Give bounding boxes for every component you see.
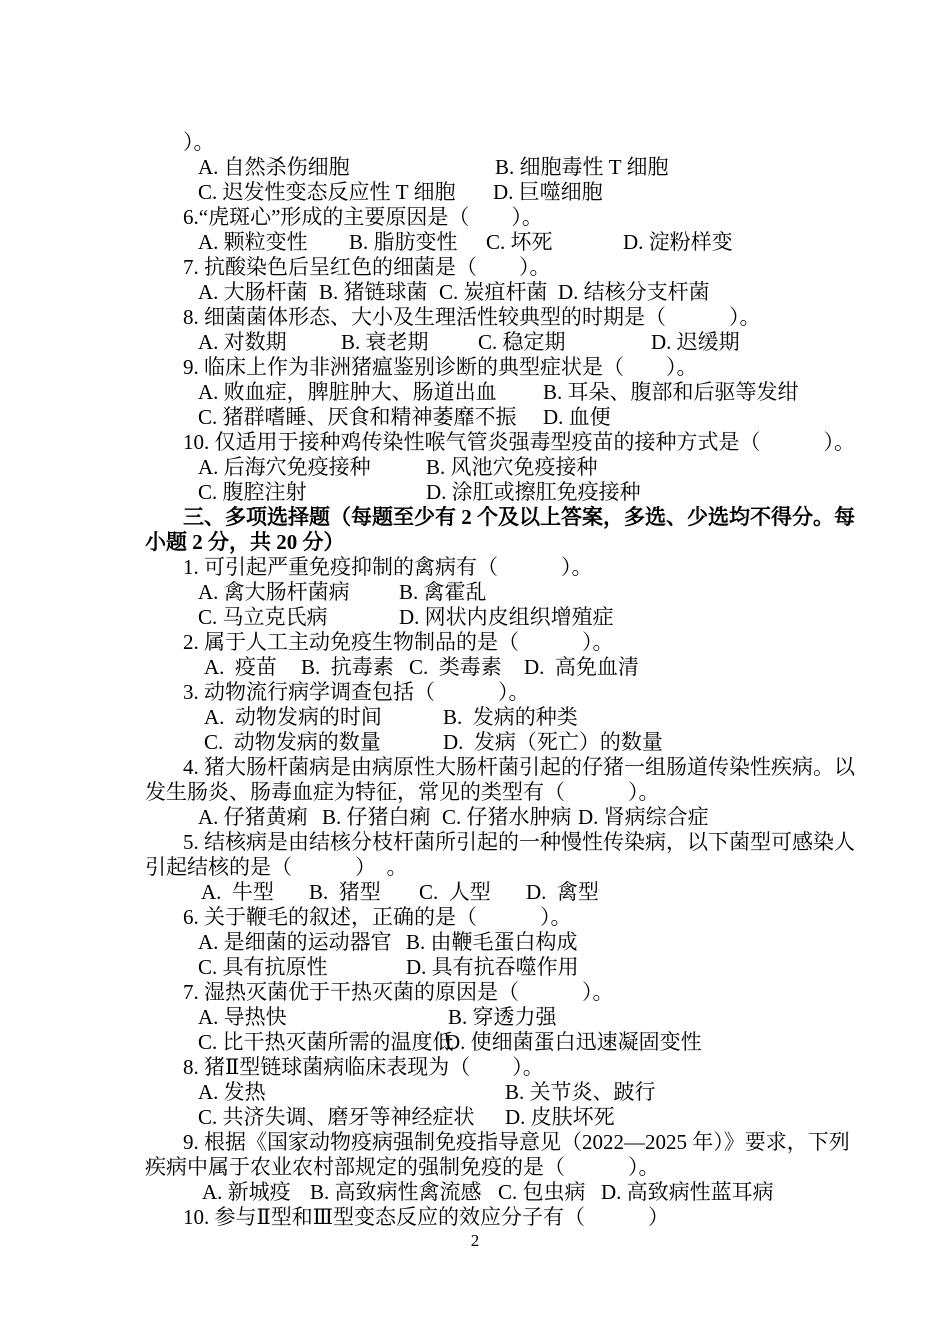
text-segment: C. 包虫病 bbox=[498, 1180, 586, 1205]
text-segment: B. 细胞毒性 T 细胞 bbox=[495, 155, 668, 180]
text-line: 8. 细菌菌体形态、大小及生理活性较典型的时期是（ ）。 bbox=[0, 305, 950, 330]
text-segment: C. 人型 bbox=[419, 880, 491, 905]
text-line: ）。 bbox=[0, 130, 950, 155]
text-segment: B. 风池穴免疫接种 bbox=[426, 455, 598, 480]
text-segment: B. 发病的种类 bbox=[443, 705, 578, 730]
page-number: 2 bbox=[0, 1231, 950, 1251]
text-segment: C. 类毒素 bbox=[409, 655, 502, 680]
text-line: A. 新城疫B. 高致病性禽流感C. 包虫病D. 高致病性蓝耳病 bbox=[0, 1180, 950, 1205]
text-segment: C. 具有抗原性 bbox=[198, 955, 328, 980]
text-segment: D. 迟缓期 bbox=[651, 330, 740, 355]
text-line: A. 发热B. 关节炎、跛行 bbox=[0, 1080, 950, 1105]
text-segment: 8. 细菌菌体形态、大小及生理活性较典型的时期是（ ）。 bbox=[183, 305, 761, 330]
text-line: C. 马立克氏病D. 网状内皮组织增殖症 bbox=[0, 605, 950, 630]
text-segment: B. 猪链球菌 bbox=[319, 280, 428, 305]
text-segment: 10. 参与Ⅱ型和Ⅲ型变态反应的效应分子有（ ） bbox=[183, 1205, 669, 1230]
text-segment: B. 猪型 bbox=[309, 880, 381, 905]
text-segment: A. 疫苗 bbox=[204, 655, 277, 680]
text-segment: A. 自然杀伤细胞 bbox=[198, 155, 350, 180]
text-line: 8. 猪Ⅱ型链球菌病临床表现为（ ）。 bbox=[0, 1055, 950, 1080]
text-segment: A. 败血症，脾脏肿大、肠道出血 bbox=[198, 380, 497, 405]
text-segment: D. 血便 bbox=[543, 405, 611, 430]
text-line: A. 牛型B. 猪型C. 人型D. 禽型 bbox=[0, 880, 950, 905]
text-line: 4. 猪大肠杆菌病是由病原性大肠杆菌引起的仔猪一组肠道传染性疾病。以 bbox=[0, 755, 950, 780]
text-line: A. 仔猪黄痢B. 仔猪白痢C. 仔猪水肿病D. 肾病综合症 bbox=[0, 805, 950, 830]
text-segment: D. 淀粉样变 bbox=[623, 230, 733, 255]
text-segment: 6. 关于鞭毛的叙述，正确的是（ ）。 bbox=[183, 905, 572, 930]
text-line: 10. 仅适用于接种鸡传染性喉气管炎强毒型疫苗的接种方式是（ ）。 bbox=[0, 430, 950, 455]
text-line: 发生肠炎、肠毒血症为特征，常见的类型有（ ）。 bbox=[0, 780, 950, 805]
text-line: C. 动物发病的数量D. 发病（死亡）的数量 bbox=[0, 730, 950, 755]
text-segment: A. 对数期 bbox=[198, 330, 287, 355]
text-line: A. 后海穴免疫接种B. 风池穴免疫接种 bbox=[0, 455, 950, 480]
text-segment: 疾病中属于农业农村部规定的强制免疫的是（ ）。 bbox=[145, 1155, 660, 1180]
text-segment: B. 由鞭毛蛋白构成 bbox=[406, 930, 578, 955]
text-line: 疾病中属于农业农村部规定的强制免疫的是（ ）。 bbox=[0, 1155, 950, 1180]
text-segment: A. 新城疫 bbox=[202, 1180, 291, 1205]
text-segment: D. 肾病综合症 bbox=[578, 805, 709, 830]
text-segment: D. 巨噬细胞 bbox=[493, 180, 603, 205]
text-segment: C. 马立克氏病 bbox=[198, 605, 328, 630]
text-line: 3. 动物流行病学调查包括（ ）。 bbox=[0, 680, 950, 705]
text-line: 5. 结核病是由结核分枝杆菌所引起的一种慢性传染病，以下菌型可感染人 bbox=[0, 830, 950, 855]
text-segment: 10. 仅适用于接种鸡传染性喉气管炎强毒型疫苗的接种方式是（ ）。 bbox=[183, 430, 855, 455]
text-segment: B. 耳朵、腹部和后驱等发绀 bbox=[543, 380, 799, 405]
text-line: 10. 参与Ⅱ型和Ⅲ型变态反应的效应分子有（ ） bbox=[0, 1205, 950, 1230]
text-segment: D. 皮肤坏死 bbox=[505, 1105, 615, 1130]
text-segment: B. 高致病性禽流感 bbox=[310, 1180, 482, 1205]
text-segment: A. 导热快 bbox=[198, 1005, 287, 1030]
text-line: 6. 关于鞭毛的叙述，正确的是（ ）。 bbox=[0, 905, 950, 930]
text-line: C. 迟发性变态反应性 T 细胞D. 巨噬细胞 bbox=[0, 180, 950, 205]
text-line: A. 颗粒变性B. 脂肪变性C. 坏死D. 淀粉样变 bbox=[0, 230, 950, 255]
text-segment: D. 具有抗吞噬作用 bbox=[406, 955, 579, 980]
text-segment: 引起结核的是（ ） 。 bbox=[145, 855, 408, 880]
text-segment: C. 稳定期 bbox=[478, 330, 566, 355]
text-line: C. 共济失调、磨牙等神经症状D. 皮肤坏死 bbox=[0, 1105, 950, 1130]
text-segment: B. 关节炎、跛行 bbox=[505, 1080, 656, 1105]
text-line: 1. 可引起严重免疫抑制的禽病有（ ）。 bbox=[0, 555, 950, 580]
text-segment: B. 衰老期 bbox=[341, 330, 429, 355]
text-segment: C. 腹腔注射 bbox=[198, 480, 307, 505]
text-segment: C. 仔猪水肿病 bbox=[442, 805, 572, 830]
text-segment: 9. 根据《国家动物疫病强制免疫指导意见（2022—2025 年）》要求，下列 bbox=[183, 1130, 850, 1155]
text-line: 小题 2 分，共 20 分） bbox=[0, 530, 950, 555]
text-segment: A. 颗粒变性 bbox=[198, 230, 308, 255]
text-segment: 7. 抗酸染色后呈红色的细菌是（ ）。 bbox=[183, 255, 551, 280]
text-segment: 8. 猪Ⅱ型链球菌病临床表现为（ ）。 bbox=[183, 1055, 544, 1080]
text-segment: A. 动物发病的时间 bbox=[204, 705, 382, 730]
text-segment: 9. 临床上作为非洲猪瘟鉴别诊断的典型症状是（ ）。 bbox=[183, 355, 698, 380]
text-line: 2. 属于人工主动免疫生物制品的是（ ）。 bbox=[0, 630, 950, 655]
text-segment: 小题 2 分，共 20 分） bbox=[145, 530, 345, 555]
text-segment: 发生肠炎、肠毒血症为特征，常见的类型有（ ）。 bbox=[145, 780, 660, 805]
text-segment: B. 穿透力强 bbox=[448, 1005, 557, 1030]
text-segment: C. 共济失调、磨牙等神经症状 bbox=[198, 1105, 475, 1130]
exam-page: ）。A. 自然杀伤细胞B. 细胞毒性 T 细胞C. 迟发性变态反应性 T 细胞D… bbox=[0, 0, 950, 1344]
text-segment: 3. 动物流行病学调查包括（ ）。 bbox=[183, 680, 530, 705]
text-segment: 2. 属于人工主动免疫生物制品的是（ ）。 bbox=[183, 630, 614, 655]
text-segment: D. 结核分支杆菌 bbox=[558, 280, 710, 305]
text-line: C. 腹腔注射D. 涂肛或擦肛免疫接种 bbox=[0, 480, 950, 505]
text-segment: D. 发病（死亡）的数量 bbox=[443, 730, 663, 755]
text-segment: C. 比干热灭菌所需的温度低 bbox=[198, 1030, 454, 1055]
text-segment: B. 仔猪白痢 bbox=[322, 805, 431, 830]
text-segment: C. 迟发性变态反应性 T 细胞 bbox=[198, 180, 455, 205]
text-segment: B. 禽霍乱 bbox=[399, 580, 487, 605]
text-line: 7. 湿热灭菌优于干热灭菌的原因是（ ）。 bbox=[0, 980, 950, 1005]
text-line: 三、多项选择题（每题至少有 2 个及以上答案，多选、少选均不得分。每 bbox=[0, 505, 950, 530]
text-line: A. 败血症，脾脏肿大、肠道出血B. 耳朵、腹部和后驱等发绀 bbox=[0, 380, 950, 405]
text-line: 9. 根据《国家动物疫病强制免疫指导意见（2022—2025 年）》要求，下列 bbox=[0, 1130, 950, 1155]
text-segment: 6.“虎斑心”形成的主要原因是（ ）。 bbox=[183, 205, 543, 230]
text-segment: A. 仔猪黄痢 bbox=[198, 805, 308, 830]
text-segment: B. 抗毒素 bbox=[301, 655, 394, 680]
text-segment: D. 高免血清 bbox=[524, 655, 639, 680]
text-line: 6.“虎斑心”形成的主要原因是（ ）。 bbox=[0, 205, 950, 230]
text-line: A. 导热快B. 穿透力强 bbox=[0, 1005, 950, 1030]
text-line: 7. 抗酸染色后呈红色的细菌是（ ）。 bbox=[0, 255, 950, 280]
text-line: A. 自然杀伤细胞B. 细胞毒性 T 细胞 bbox=[0, 155, 950, 180]
exam-text-block: ）。A. 自然杀伤细胞B. 细胞毒性 T 细胞C. 迟发性变态反应性 T 细胞D… bbox=[0, 0, 950, 1344]
text-segment: C. 猪群嗜睡、厌食和精神萎靡不振 bbox=[198, 405, 517, 430]
text-line: A. 禽大肠杆菌病B. 禽霍乱 bbox=[0, 580, 950, 605]
text-segment: 4. 猪大肠杆菌病是由病原性大肠杆菌引起的仔猪一组肠道传染性疾病。以 bbox=[183, 755, 855, 780]
text-segment: C. 动物发病的数量 bbox=[204, 730, 381, 755]
text-segment: A. 后海穴免疫接种 bbox=[198, 455, 371, 480]
text-segment: 5. 结核病是由结核分枝杆菌所引起的一种慢性传染病，以下菌型可感染人 bbox=[183, 830, 855, 855]
text-segment: ）。 bbox=[183, 130, 215, 155]
text-line: A. 大肠杆菌B. 猪链球菌C. 炭疽杆菌D. 结核分支杆菌 bbox=[0, 280, 950, 305]
text-line: A. 对数期B. 衰老期C. 稳定期D. 迟缓期 bbox=[0, 330, 950, 355]
text-segment: D. 高致病性蓝耳病 bbox=[601, 1180, 774, 1205]
text-segment: 1. 可引起严重免疫抑制的禽病有（ ）。 bbox=[183, 555, 593, 580]
text-segment: D. 网状内皮组织增殖症 bbox=[399, 605, 614, 630]
text-segment: C. 炭疽杆菌 bbox=[439, 280, 548, 305]
text-segment: A. 大肠杆菌 bbox=[198, 280, 308, 305]
text-segment: D. 涂肛或擦肛免疫接种 bbox=[426, 480, 641, 505]
text-segment: 三、多项选择题（每题至少有 2 个及以上答案，多选、少选均不得分。每 bbox=[183, 505, 855, 530]
text-segment: A. 发热 bbox=[198, 1080, 266, 1105]
text-segment: A. 牛型 bbox=[201, 880, 274, 905]
text-line: A. 疫苗B. 抗毒素C. 类毒素D. 高免血清 bbox=[0, 655, 950, 680]
text-line: C. 猪群嗜睡、厌食和精神萎靡不振D. 血便 bbox=[0, 405, 950, 430]
text-segment: B. 脂肪变性 bbox=[349, 230, 458, 255]
text-line: 引起结核的是（ ） 。 bbox=[0, 855, 950, 880]
text-segment: D. 使细菌蛋白迅速凝固变性 bbox=[445, 1030, 702, 1055]
text-line: A. 是细菌的运动器官B. 由鞭毛蛋白构成 bbox=[0, 930, 950, 955]
text-line: A. 动物发病的时间B. 发病的种类 bbox=[0, 705, 950, 730]
text-segment: C. 坏死 bbox=[486, 230, 553, 255]
text-segment: D. 禽型 bbox=[526, 880, 599, 905]
text-segment: A. 禽大肠杆菌病 bbox=[198, 580, 350, 605]
text-line: C. 比干热灭菌所需的温度低D. 使细菌蛋白迅速凝固变性 bbox=[0, 1030, 950, 1055]
text-segment: 7. 湿热灭菌优于干热灭菌的原因是（ ）。 bbox=[183, 980, 614, 1005]
text-segment: A. 是细菌的运动器官 bbox=[198, 930, 392, 955]
text-line: 9. 临床上作为非洲猪瘟鉴别诊断的典型症状是（ ）。 bbox=[0, 355, 950, 380]
text-line: C. 具有抗原性D. 具有抗吞噬作用 bbox=[0, 955, 950, 980]
